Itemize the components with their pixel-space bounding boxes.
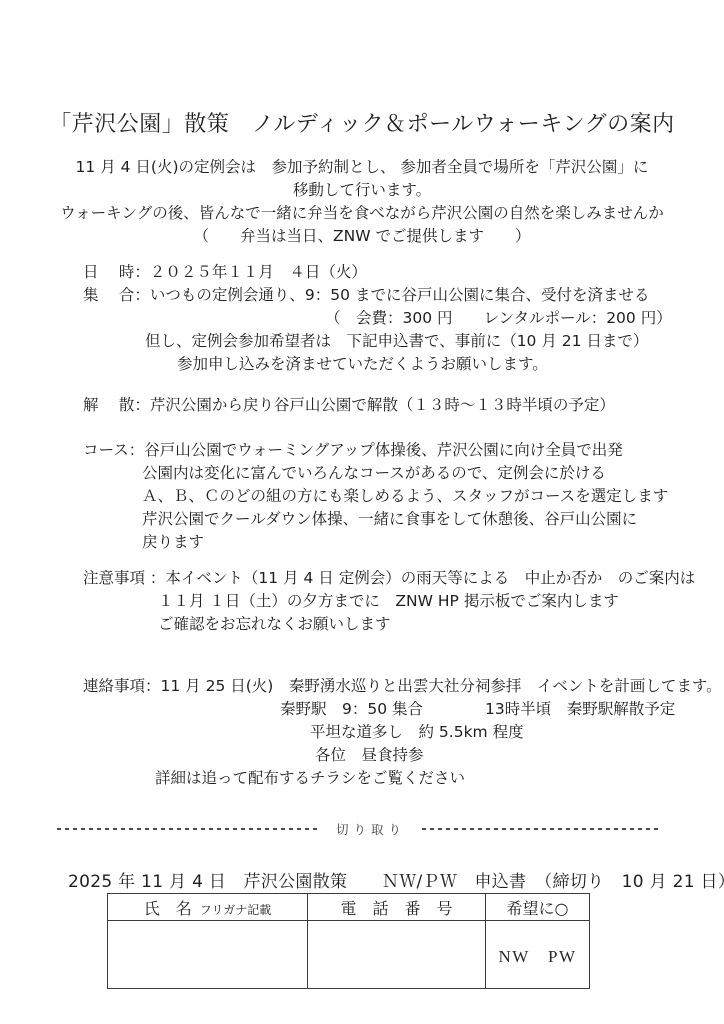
phone-input-cell (308, 921, 486, 989)
schedule-block: 日 時：２０２５年１１月 ４日（火） 集 合：いつもの定例会通り、9：50 まで… (0, 261, 724, 376)
cut-line-label: 切り取り (320, 820, 422, 838)
page-title: 「芹沢公園」散策 ノルディック＆ポールウォーキングの案内 (0, 110, 724, 140)
choice-cell: NW PW (486, 921, 590, 989)
choice-column-header: 希望に○ (486, 894, 590, 921)
course-block: コース：谷戸山公園でウォーミングアップ体操後、芹沢公園に向け全員で出発 公園内は… (0, 439, 724, 554)
course-line: コース：谷戸山公園でウォーミングアップ体操後、芹沢公園に向け全員で出発 (0, 439, 724, 462)
intro-block: 11 月 4 日(火)の定例会は 参加予約制とし、 参加者全員で場所を「芹沢公園… (0, 156, 724, 248)
course-line: 戻ります (0, 531, 724, 554)
name-column-header: 氏 名フリガナ記載 (108, 894, 308, 921)
schedule-request-line: 参加申し込みを済ませていただくようお願いします。 (0, 353, 724, 376)
intro-line: （ 弁当は当日、ZNW でご提供します ） (0, 225, 724, 248)
intro-line: 11 月 4 日(火)の定例会は 参加予約制とし、 参加者全員で場所を「芹沢公園… (0, 156, 724, 179)
dismiss-block: 解 散：芹沢公園から戻り谷戸山公園で解散（１３時～１３時半頃の予定） (0, 394, 724, 417)
contact-line: 各位 昼食持参 (0, 744, 724, 767)
application-table-header-row: 氏 名フリガナ記載 電 話 番 号 希望に○ (108, 894, 590, 921)
name-input-cell (108, 921, 308, 989)
caution-line: 注意事項 ：本イベント（11 月 4 日 定例会）の雨天等による 中止か否か の… (0, 567, 724, 590)
cut-line: 切り取り (57, 820, 658, 837)
contact-line: 詳細は追って配布するチラシをご覧ください (0, 767, 724, 790)
course-line: 公園内は変化に富んでいろんなコースがあるので、定例会に於ける (0, 462, 724, 485)
name-column-header-sub: フリガナ記載 (200, 903, 271, 917)
schedule-deadline-line: 但し、定例会参加希望者は 下記申込書で、事前に（10 月 21 日まで） (0, 330, 724, 353)
application-table: 氏 名フリガナ記載 電 話 番 号 希望に○ NW PW (107, 893, 590, 989)
schedule-meeting-line: 集 合：いつもの定例会通り、9：50 までに谷戸山公園に集合、受付を済ませる (0, 284, 724, 307)
contact-block: 連絡事項：11 月 25 日(火) 秦野湧水巡りと出雲大社分祠参拝 イベントを計… (0, 675, 724, 790)
caution-block: 注意事項 ：本イベント（11 月 4 日 定例会）の雨天等による 中止か否か の… (0, 567, 724, 636)
contact-line: 秦野駅 9：50 集合 13時半頃 秦野駅解散予定 (0, 698, 724, 721)
application-table-entry-row: NW PW (108, 921, 590, 989)
application-form-title: 2025 年 11 月 4 日 芹沢公園散策 ＮＷ/ＰＷ 申込書 （締切り 10… (0, 871, 724, 894)
caution-line: ご確認をお忘れなくお願いします (0, 613, 724, 636)
dismiss-line: 解 散：芹沢公園から戻り谷戸山公園で解散（１３時～１３時半頃の予定） (0, 394, 724, 417)
cut-line-dash-right (422, 828, 658, 830)
contact-line: 連絡事項：11 月 25 日(火) 秦野湧水巡りと出雲大社分祠参拝 イベントを計… (0, 675, 724, 698)
intro-line: ウォーキングの後、皆んなで一緒に弁当を食べながら芹沢公園の自然を楽しみませんか (0, 202, 724, 225)
cut-line-dash-left (57, 828, 320, 830)
caution-line: １１月 １日（土）の夕方までに ZNW HP 掲示板でご案内します (0, 590, 724, 613)
phone-column-header: 電 話 番 号 (308, 894, 486, 921)
schedule-fee-line: （ 会費：300 円 レンタルポール：200 円） (0, 307, 724, 330)
contact-line: 平坦な道多し 約 5.5km 程度 (0, 721, 724, 744)
intro-line: 移動して行います。 (0, 179, 724, 202)
course-line: 芹沢公園でクールダウン体操、一緒に食事をして休憩後、谷戸山公園に (0, 508, 724, 531)
name-column-header-main: 氏 名 (144, 899, 192, 918)
course-line: Ａ、Ｂ、Ｃのどの組の方にも楽しめるよう、スタッフがコースを選定します (0, 485, 724, 508)
document-page: 「芹沢公園」散策 ノルディック＆ポールウォーキングの案内 11 月 4 日(火)… (0, 0, 724, 1024)
schedule-datetime-line: 日 時：２０２５年１１月 ４日（火） (0, 261, 724, 284)
